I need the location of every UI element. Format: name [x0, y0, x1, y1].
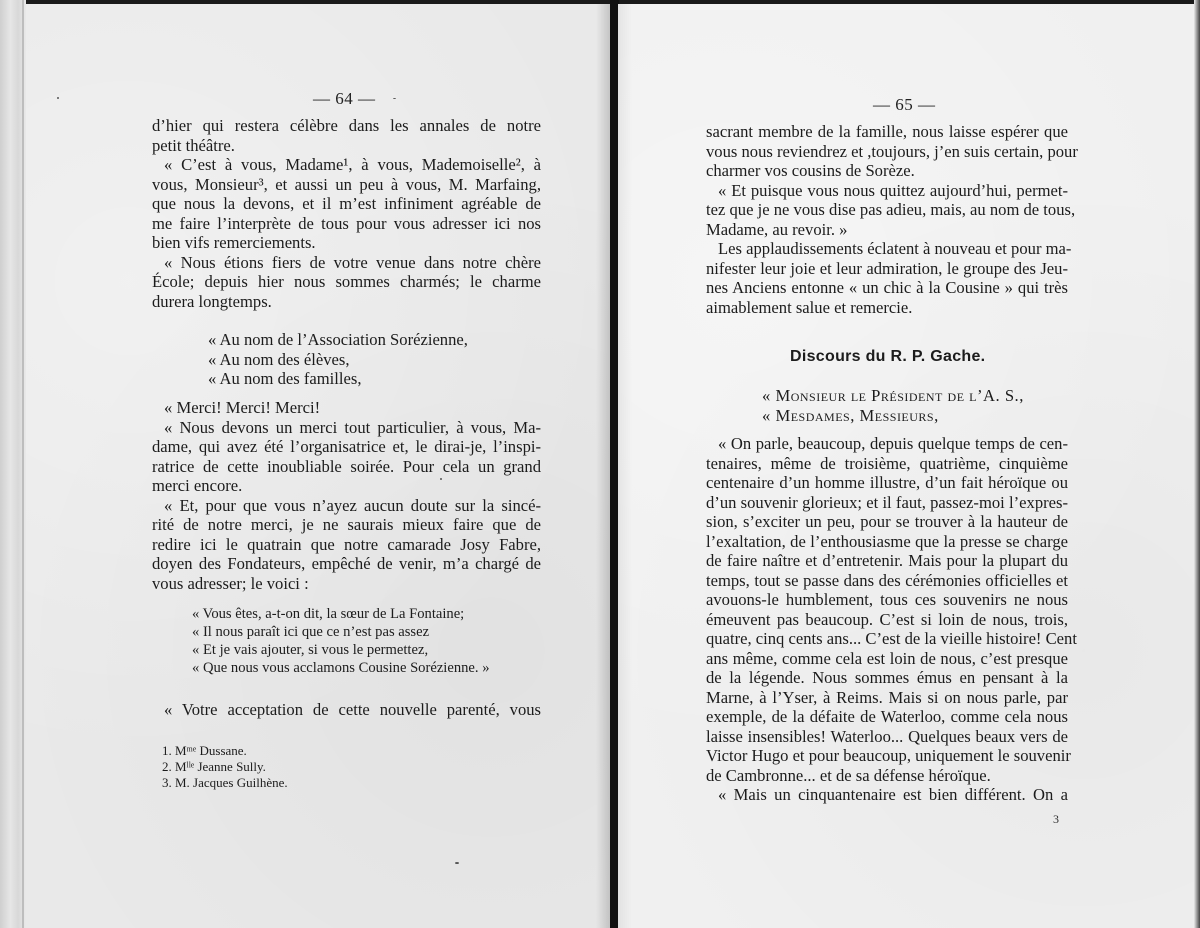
salutations: « Monsieur le Président de l’A. S., « Me… — [706, 386, 1068, 425]
book-right-edge — [1194, 0, 1200, 928]
left-last-line: « Votre acceptation de cette nouvelle pa… — [152, 700, 541, 720]
text-line: « Votre acceptation de cette nouvelle pa… — [152, 700, 541, 720]
poem-line: « Il nous paraît ici que ce n’est pas as… — [192, 623, 541, 641]
text-line: ans même, comme cela est loin de nous, c… — [706, 649, 1068, 669]
text-line: l’exaltation, de l’enthousiasme que la p… — [706, 532, 1068, 552]
text-line: me faire l’interprète de tous pour vous … — [152, 214, 541, 234]
paper-speck — [440, 478, 442, 480]
paper-speck — [393, 98, 396, 99]
left-verses: « Au nom de l’Association Sorézienne, « … — [152, 330, 541, 389]
text-line: sacrant membre de la famille, nous laiss… — [706, 122, 1068, 142]
text-line: que nous la devons, et il m’est infinime… — [152, 194, 541, 214]
text-line: « Nous devons un merci tout particulier,… — [152, 418, 541, 438]
verse-line: « Au nom de l’Association Sorézienne, — [152, 330, 541, 350]
text-line: Marne, à l’Yser, à Reims. Mais si on nou… — [706, 688, 1068, 708]
text-line: Victor Hugo et pour beaucoup, uniquement… — [706, 746, 1068, 766]
verse-line: « Au nom des familles, — [152, 369, 541, 389]
text-line: redire ici le quatrain que notre camarad… — [152, 535, 541, 555]
text-line: « C’est à vous, Madame¹, à vous, Mademoi… — [152, 155, 541, 175]
text-line: rité de notre merci, je ne saurais mieux… — [152, 515, 541, 535]
text-line: dame, qui avez été l’organisatrice et, l… — [152, 437, 541, 457]
page-number-left: — 64 — — [313, 89, 376, 109]
footnotes: 1. Mᵐᵉ Dussane. 2. Mˡˡᵉ Jeanne Sully. 3.… — [162, 743, 288, 791]
footnote: 1. Mᵐᵉ Dussane. — [162, 743, 288, 759]
poem-line: « Vous êtes, a-t-on dit, la sœur de La F… — [192, 605, 541, 623]
text-line: « Merci! Merci! Merci! — [152, 398, 541, 418]
text-line: nifester leur joie et leur admiration, l… — [706, 259, 1068, 279]
left-paragraphs-1: d’hier qui restera célèbre dans les anna… — [152, 116, 541, 311]
text-line: « Et puisque vous nous quittez aujourd’h… — [706, 181, 1068, 201]
left-paragraphs-2: « Merci! Merci! Merci! « Nous devons un … — [152, 398, 541, 593]
signature-mark: 3 — [1053, 812, 1059, 827]
salutation-line: « Mesdames, Messieurs, — [706, 406, 1068, 426]
gutter-shadow — [618, 4, 632, 928]
text-line: aimablement salue et remercie. — [706, 298, 1068, 318]
text-line: laisse insensibles! Waterloo... Quelques… — [706, 727, 1068, 747]
text-line: Madame, au revoir. » — [706, 220, 1068, 240]
text-line: avouons-le humblement, tous ces souvenir… — [706, 590, 1068, 610]
section-heading: Discours du R. P. Gache. — [790, 348, 985, 366]
footnote: 3. M. Jacques Guilhène. — [162, 775, 288, 791]
salutation-line: « Monsieur le Président de l’A. S., — [706, 386, 1068, 406]
text-line: d’un souvenir glorieux; et il faut, pass… — [706, 493, 1068, 513]
text-line: « On parle, beaucoup, depuis quelque tem… — [706, 434, 1068, 454]
text-line: centenaire d’un homme illustre, d’un fai… — [706, 473, 1068, 493]
text-line: durera longtemps. — [152, 292, 541, 312]
text-line: « Nous étions fiers de votre venue dans … — [152, 253, 541, 273]
right-paragraphs-1: sacrant membre de la famille, nous laiss… — [706, 122, 1068, 317]
text-line: temps, tout se passe dans des cérémonies… — [706, 571, 1068, 591]
text-line: bien vifs remerciements. — [152, 233, 541, 253]
text-line: « Et, pour que vous n’ayez aucun doute s… — [152, 496, 541, 516]
paper-speck — [455, 862, 459, 864]
text-line: charmer vos cousins de Sorèze. — [706, 161, 1068, 181]
text-line: « Mais un cinquantenaire est bien différ… — [706, 785, 1068, 805]
text-line: vous nous reviendrez et ,toujours, j’en … — [706, 142, 1068, 162]
poem-line: « Et je vais ajouter, si vous le permett… — [192, 641, 541, 659]
text-line: exemple, de la défaite de Waterloo, comm… — [706, 707, 1068, 727]
book-spread: — 64 — d’hier qui restera célèbre dans l… — [0, 0, 1200, 928]
text-line: quatre, cinq cents ans... C’est de la vi… — [706, 629, 1068, 649]
verse-line: « Au nom des élèves, — [152, 350, 541, 370]
text-line: École; depuis hier nous sommes charmés; … — [152, 272, 541, 292]
text-line: ratrice de cette inoubliable soirée. Pou… — [152, 457, 541, 477]
paper-speck — [57, 97, 59, 99]
text-line: petit théâtre. — [152, 136, 541, 156]
text-line: d’hier qui restera célèbre dans les anna… — [152, 116, 541, 136]
text-line: vous adresser; le voici : — [152, 574, 541, 594]
right-paragraphs-2: « On parle, beaucoup, depuis quelque tem… — [706, 434, 1068, 805]
text-line: tenaires, même de troisième, quatrième, … — [706, 454, 1068, 474]
text-line: sion, s’exciter un peu, pour se trouver … — [706, 512, 1068, 532]
quatrain: « Vous êtes, a-t-on dit, la sœur de La F… — [152, 605, 541, 677]
text-line: tez que je ne vous dise pas adieu, mais,… — [706, 200, 1068, 220]
text-line: Les applaudissements éclatent à nouveau … — [706, 239, 1068, 259]
text-line: de la légende. Nous sommes émus en pensa… — [706, 668, 1068, 688]
footnote: 2. Mˡˡᵉ Jeanne Sully. — [162, 759, 288, 775]
poem-line: « Que nous vous acclamons Cousine Sorézi… — [192, 659, 541, 677]
text-line: merci encore. — [152, 476, 541, 496]
book-edge-line — [22, 0, 24, 928]
text-line: émeuvent pas beaucoup. C’est si loin de … — [706, 610, 1068, 630]
text-line: doyen des Fondateurs, empêché de venir, … — [152, 554, 541, 574]
text-line: nes Anciens entonne « un chic à la Cousi… — [706, 278, 1068, 298]
text-line: de Cambronne... et de sa défense héroïqu… — [706, 766, 1068, 786]
text-line: de faire naître et d’entretenir. Mais po… — [706, 551, 1068, 571]
page-number-right: — 65 — — [873, 95, 936, 115]
text-line: vous, Monsieur³, et aussi un peu à vous,… — [152, 175, 541, 195]
